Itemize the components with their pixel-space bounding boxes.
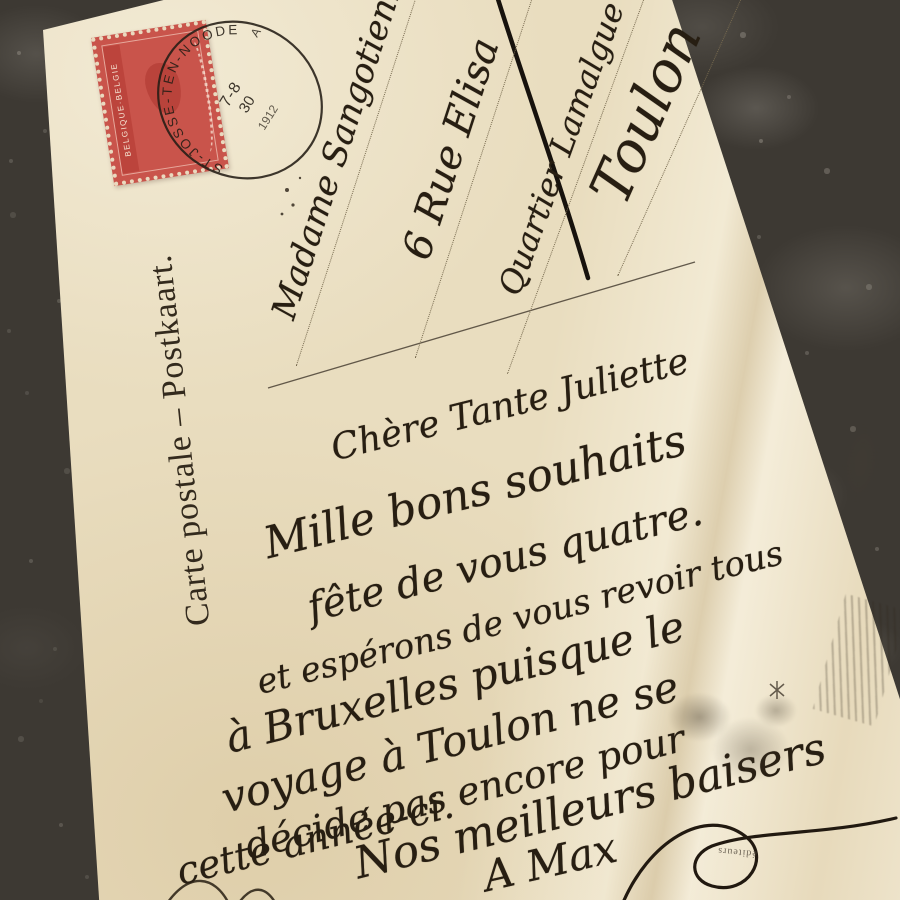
postmark-town-arc: ST-JOSSE-TEN-NOODE [129,1,294,179]
postmark-year: 1912 [255,102,281,132]
photo-scene: BELGIQUE·BELGIE ST-JOSSE-TEN-NOODE 7-8 3… [0,0,900,900]
ink-smudge-blob [640,678,810,808]
signature-flourish [622,818,896,900]
